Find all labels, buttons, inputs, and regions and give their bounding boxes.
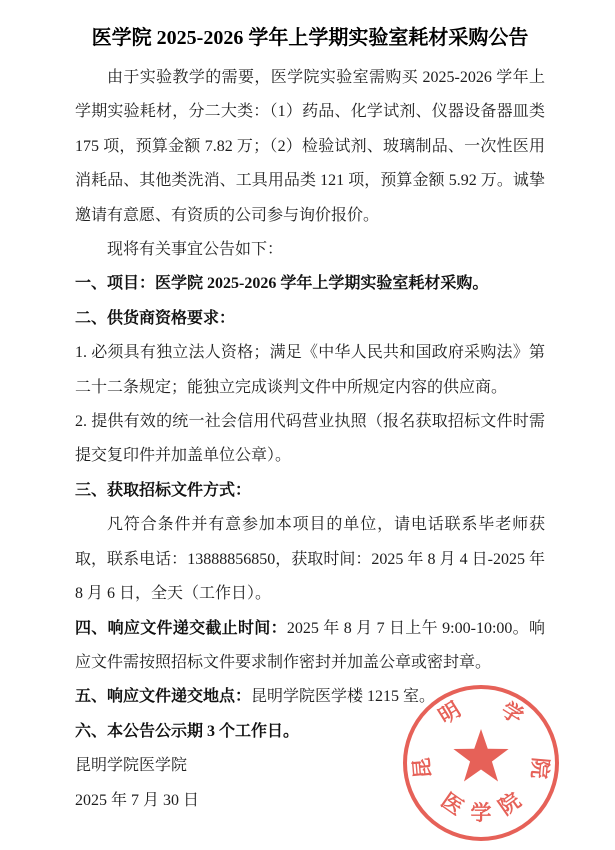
section-3-body: 凡符合条件并有意参加本项目的单位，请电话联系毕老师获取，联系电话：1388885… <box>75 508 545 611</box>
signature-date: 2025 年 7 月 30 日 <box>75 784 545 818</box>
section-2-heading: 二、供货商资格要求： <box>75 302 545 336</box>
intro-paragraph: 由于实验教学的需要，医学院实验室需购买 2025-2026 学年上学期实验耗材，… <box>75 61 545 233</box>
announcement-page: 医学院 2025-2026 学年上学期实验室耗材采购公告 由于实验教学的需要，医… <box>0 0 615 850</box>
qualification-item-2: 2. 提供有效的统一社会信用代码营业执照（报名获取招标文件时需提交复印件并加盖单… <box>75 405 545 474</box>
section-4-label: 四、响应文件递交截止时间： <box>75 620 287 637</box>
section-3-heading: 三、获取招标文件方式： <box>75 474 545 508</box>
section-5-location: 五、响应文件递交地点：昆明学院医学楼 1215 室。 <box>75 680 545 714</box>
section-6-notice-period: 六、本公告公示期 3 个工作日。 <box>75 715 545 749</box>
signature-org: 昆明学院医学院 <box>75 749 545 783</box>
intro-lead-in: 现将有关事宜公告如下： <box>75 233 545 267</box>
section-1-project: 一、项目：医学院 2025-2026 学年上学期实验室耗材采购。 <box>75 267 545 301</box>
section-5-label: 五、响应文件递交地点： <box>75 688 251 705</box>
section-5-body: 昆明学院医学楼 1215 室。 <box>251 688 435 705</box>
qualification-item-1: 1. 必须具有独立法人资格；满足《中华人民共和国政府采购法》第二十二条规定；能独… <box>75 336 545 405</box>
section-4-deadline: 四、响应文件递交截止时间：2025 年 8 月 7 日上午 9:00-10:00… <box>75 612 545 681</box>
page-title: 医学院 2025-2026 学年上学期实验室耗材采购公告 <box>75 23 545 53</box>
